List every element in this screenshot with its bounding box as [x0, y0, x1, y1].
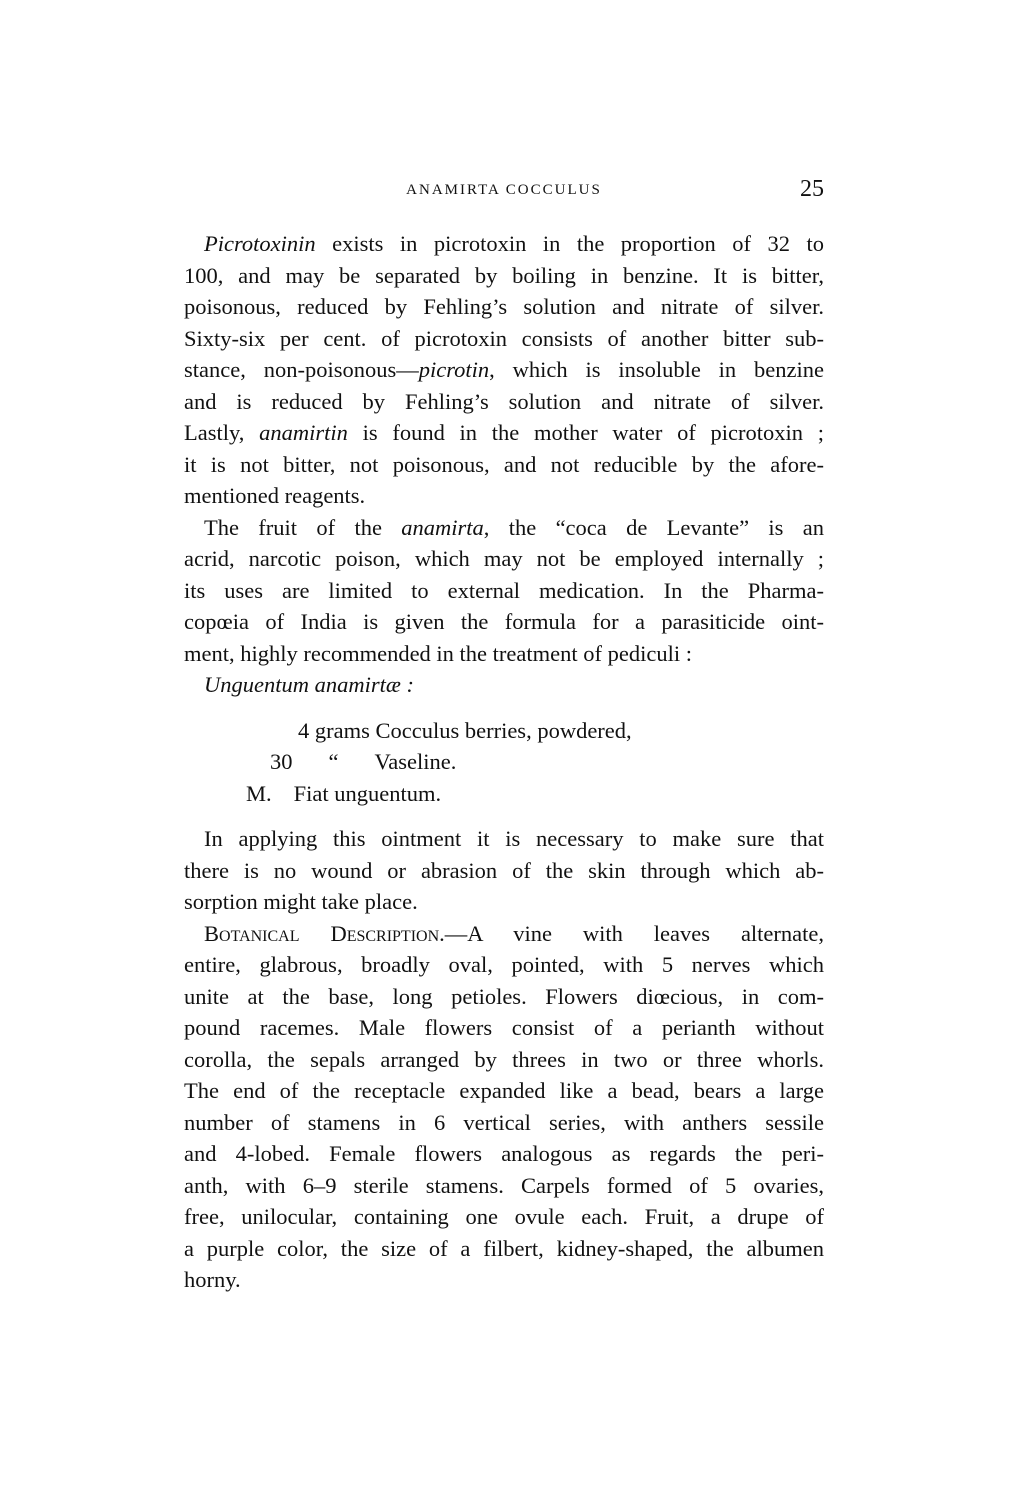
- text-line: and is reduced by Fehling’s solution and…: [184, 386, 824, 418]
- text-line: poisonous, reduced by Fehling’s solution…: [184, 291, 824, 323]
- recipe-line: M.Fiat unguentum.: [184, 778, 824, 810]
- text-line: The fruit of the anamirta, the “coca de …: [184, 512, 824, 544]
- italic-term: anamirtin: [259, 420, 348, 445]
- text-line: sorption might take place.: [184, 886, 824, 918]
- text-line: BOTANICAL DESCRIPTION.—A vine with leave…: [184, 918, 824, 950]
- text-line: horny.: [184, 1264, 824, 1296]
- text-line: it is not bitter, not poisonous, and not…: [184, 449, 824, 481]
- running-title: ANAMIRTA COCCULUS: [184, 182, 824, 199]
- running-head: ANAMIRTA COCCULUS 25: [184, 176, 824, 206]
- section-heading: BOTANICAL DESCRIPTION.—: [204, 921, 467, 946]
- text-line: Lastly, anamirtin is found in the mother…: [184, 417, 824, 449]
- text-line: entire, glabrous, broadly oval, pointed,…: [184, 949, 824, 981]
- paragraph-fruit: The fruit of the anamirta, the “coca de …: [184, 512, 824, 701]
- recipe-line: 4 grams Cocculus berries, powdered,: [184, 715, 824, 747]
- paragraph-application: In applying this ointment it is necessar…: [184, 823, 824, 918]
- ditto-mark: “: [329, 749, 339, 774]
- recipe-qty: 30: [270, 749, 293, 774]
- paragraph-picrotoxinin: Picrotoxinin exists in picrotoxin in the…: [184, 228, 824, 512]
- formula-title: Unguentum anamirtæ :: [184, 669, 824, 701]
- text-line: corolla, the sepals arranged by threes i…: [184, 1044, 824, 1076]
- text-line: its uses are limited to external medicat…: [184, 575, 824, 607]
- italic-term: picrotin: [419, 357, 489, 382]
- text-line: ment, highly recommended in the treatmen…: [184, 638, 824, 670]
- text-line: The end of the receptacle expanded like …: [184, 1075, 824, 1107]
- text-line: mentioned reagents.: [184, 480, 824, 512]
- text-line: stance, non-poisonous—picrotin, which is…: [184, 354, 824, 386]
- text-line: copœia of India is given the formula for…: [184, 606, 824, 638]
- italic-term: anamirta: [401, 515, 484, 540]
- text-line: Sixty-six per cent. of picrotoxin consis…: [184, 323, 824, 355]
- text-line: Picrotoxinin exists in picrotoxin in the…: [184, 228, 824, 260]
- text-line: pound racemes. Male flowers consist of a…: [184, 1012, 824, 1044]
- text-line: a purple color, the size of a filbert, k…: [184, 1233, 824, 1265]
- text-line: free, unilocular, containing one ovule e…: [184, 1201, 824, 1233]
- recipe-qty: 4: [298, 718, 309, 743]
- page-number: 25: [800, 176, 824, 203]
- text-line: unite at the base, long petioles. Flower…: [184, 981, 824, 1013]
- paragraph-botanical-description: BOTANICAL DESCRIPTION.—A vine with leave…: [184, 918, 824, 1296]
- recipe-qty: M.: [246, 781, 272, 806]
- text-line: 100, and may be separated by boiling in …: [184, 260, 824, 292]
- text-line: acrid, narcotic poison, which may not be…: [184, 543, 824, 575]
- page-body: Picrotoxinin exists in picrotoxin in the…: [184, 228, 824, 1296]
- italic-term: Picrotoxinin: [204, 231, 316, 256]
- text-line: anth, with 6–9 sterile stamens. Carpels …: [184, 1170, 824, 1202]
- recipe-line: 30“Vaseline.: [184, 746, 824, 778]
- text-line: In applying this ointment it is necessar…: [184, 823, 824, 855]
- book-page: ANAMIRTA COCCULUS 25 Picrotoxinin exists…: [0, 0, 1010, 1506]
- text-line: and 4-lobed. Female flowers analogous as…: [184, 1138, 824, 1170]
- text-line: there is no wound or abrasion of the ski…: [184, 855, 824, 887]
- text-line: number of stamens in 6 vertical series, …: [184, 1107, 824, 1139]
- recipe-block: 4 grams Cocculus berries, powdered, 30“V…: [184, 701, 824, 824]
